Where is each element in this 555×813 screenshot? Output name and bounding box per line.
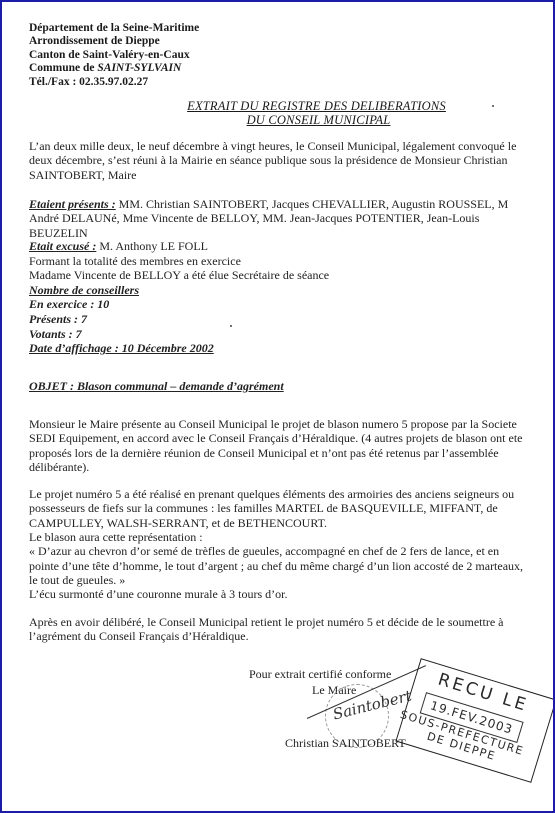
object-text: Blason communal – demande d’agrément bbox=[74, 379, 284, 393]
paragraph-project-origin: Le projet numéro 5 a été réalisé en pren… bbox=[29, 487, 529, 530]
present-label: Etaient présents : bbox=[29, 197, 116, 211]
paragraph-blazon: Le blason aura cette représentation : « … bbox=[29, 530, 529, 601]
attendance-present: Etaient présents : MM. Christian SAINTOB… bbox=[29, 197, 529, 240]
letterhead: Département de la Seine-Maritime Arrondi… bbox=[29, 22, 199, 89]
voting-count: Votants : 7 bbox=[29, 327, 329, 342]
paragraph-decision: Après en avoir délibéré, le Conseil Muni… bbox=[29, 615, 529, 644]
paragraph-presentation: Monsieur le Maire présente au Conseil Mu… bbox=[29, 417, 529, 474]
speck-mark bbox=[230, 325, 232, 327]
commune-prefix: Commune de bbox=[29, 62, 97, 74]
secretary-line: Madame Vincente de BELLOY a été élue Sec… bbox=[29, 268, 329, 283]
excused-name: M. Anthony LE FOLL bbox=[96, 239, 208, 253]
blazon-intro: Le blason aura cette représentation : bbox=[29, 530, 529, 544]
intro-paragraph: L’an deux mille deux, le neuf décembre à… bbox=[29, 139, 529, 182]
letterhead-phone: Tél./Fax : 02.35.97.02.27 bbox=[29, 76, 199, 89]
present-count: Présents : 7 bbox=[29, 312, 329, 327]
object-label: OBJET : bbox=[29, 379, 74, 393]
certification-text: Pour extrait certifié conforme bbox=[249, 667, 391, 681]
blazon-crown: L’écu surmonté d’une couronne murale à 3… bbox=[29, 587, 529, 601]
attendance-details: Etait excusé : M. Anthony LE FOLL Forman… bbox=[29, 239, 329, 356]
object-line: OBJET : Blason communal – demande d’agré… bbox=[29, 379, 284, 393]
letterhead-department: Département de la Seine-Maritime bbox=[29, 22, 199, 35]
letterhead-commune: Commune de SAINT-SYLVAIN bbox=[29, 62, 199, 75]
letterhead-arrondissement: Arrondissement de Dieppe bbox=[29, 35, 199, 48]
totality-line: Formant la totalité des membres en exerc… bbox=[29, 254, 329, 269]
mayor-name: Christian SAINTOBERT bbox=[285, 736, 406, 750]
letterhead-canton: Canton de Saint-Valéry-en-Caux bbox=[29, 49, 199, 62]
title-line-2: DU CONSEIL MUNICIPAL bbox=[2, 113, 553, 127]
received-stamp: RECU LE 19.FEV.2003 SOUS-PREFECTURE DE D… bbox=[395, 658, 555, 783]
excused-label: Etait excusé : bbox=[29, 239, 96, 253]
in-office-count: En exercice : 10 bbox=[29, 297, 329, 312]
blazon-description: « D’azur au chevron d’or semé de trèfles… bbox=[29, 544, 529, 587]
speck-mark bbox=[492, 105, 494, 107]
posting-date: Date d’affichage : 10 Décembre 2002 bbox=[29, 341, 329, 356]
document-page: Département de la Seine-Maritime Arrondi… bbox=[0, 0, 555, 813]
title-line-1: EXTRAIT DU REGISTRE DES DELIBERATIONS bbox=[2, 99, 553, 113]
commune-name: SAINT-SYLVAIN bbox=[97, 62, 181, 74]
excused-line: Etait excusé : M. Anthony LE FOLL bbox=[29, 239, 329, 254]
document-title: EXTRAIT DU REGISTRE DES DELIBERATIONS DU… bbox=[2, 99, 553, 127]
councillor-count-label: Nombre de conseillers bbox=[29, 283, 329, 298]
